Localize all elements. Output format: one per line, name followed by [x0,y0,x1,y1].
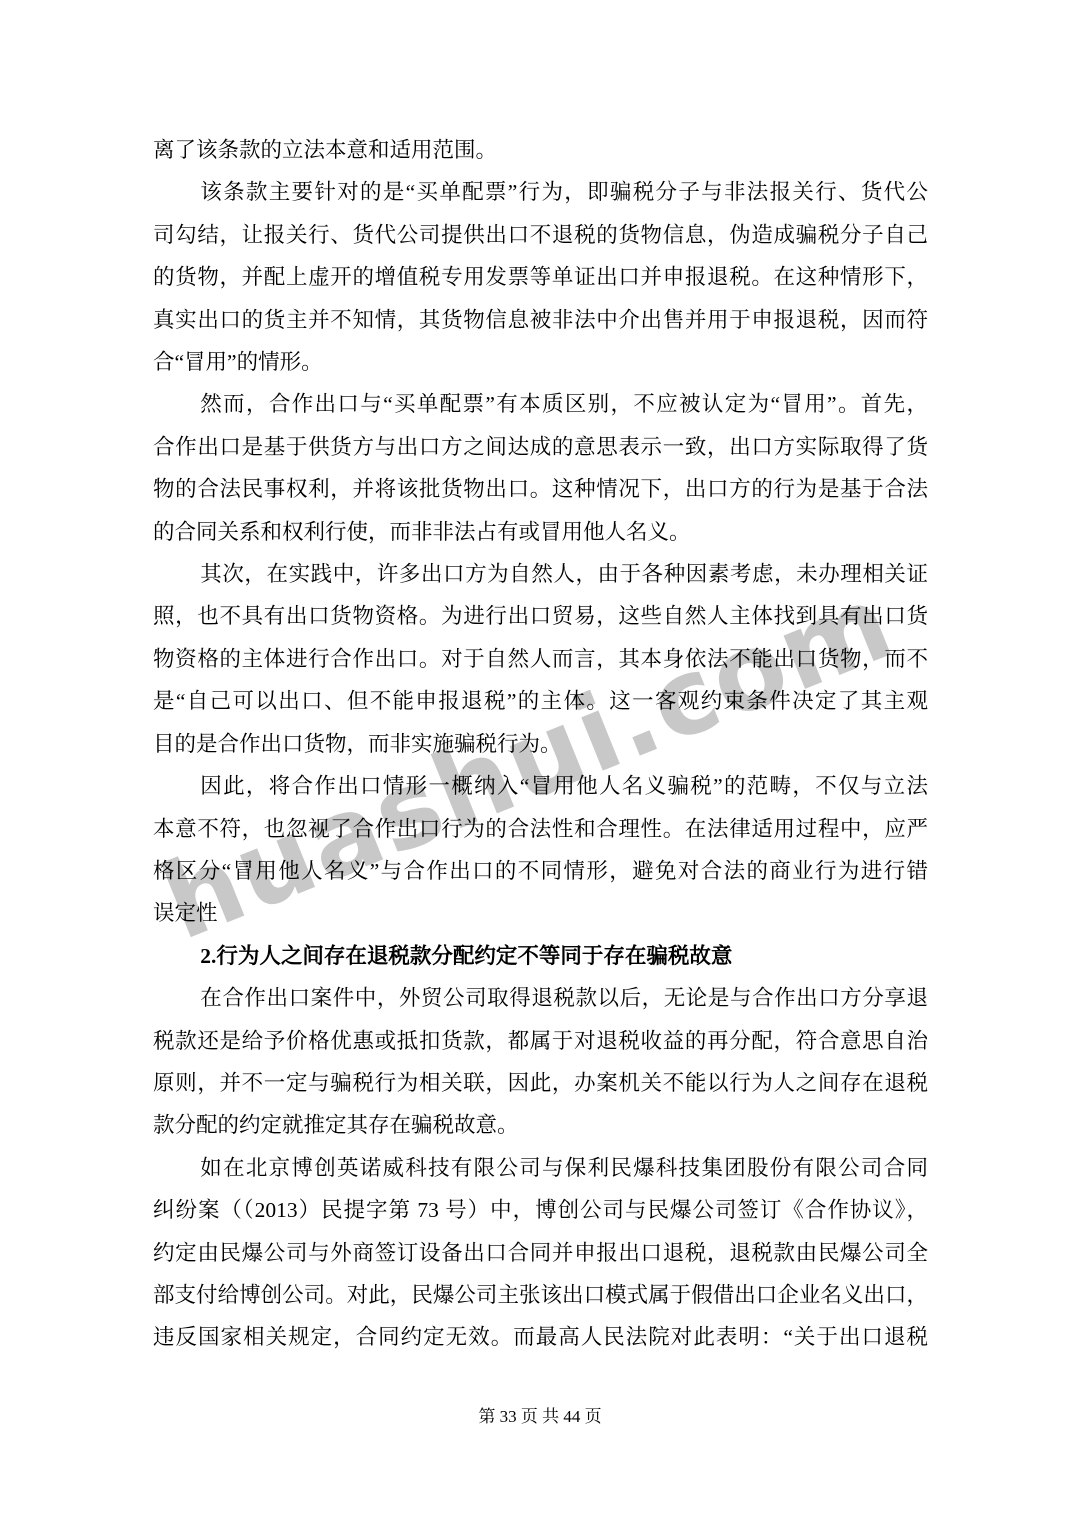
text-line: 误定性 [153,892,928,934]
text-line: 因此，将合作出口情形一概纳入“冒用他人名义骗税”的范畴，不仅与立法 [153,765,928,807]
text-line: 部支付给博创公司。对此，民爆公司主张该出口模式属于假借出口企业名义出口， [153,1274,928,1316]
paragraph: 该条款主要针对的是“买单配票”行为，即骗税分子与非法报关行、货代公 司勾结，让报… [153,171,928,383]
page-number-footer: 第 33 页 共 44 页 [0,1406,1080,1428]
paragraph: 如在北京博创英诺威科技有限公司与保利民爆科技集团股份有限公司合同 纠纷案（（20… [153,1147,928,1359]
paragraph: 因此，将合作出口情形一概纳入“冒用他人名义骗税”的范畴，不仅与立法 本意不符，也… [153,765,928,935]
text-line: 违反国家相关规定，合同约定无效。而最高人民法院对此表明：“关于出口退税 [153,1316,928,1358]
text-line: 的货物，并配上虚开的增值税专用发票等单证出口并申报退税。在这种情形下， [153,256,928,298]
text-line: 合作出口是基于供货方与出口方之间达成的意思表示一致，出口方实际取得了货 [153,426,928,468]
text-line: 照，也不具有出口货物资格。为进行出口贸易，这些自然人主体找到具有出口货 [153,595,928,637]
text-line: 然而，合作出口与“买单配票”有本质区别，不应被认定为“冒用”。首先， [153,383,928,425]
heading-text: 2.行为人之间存在退税款分配约定不等同于存在骗税故意 [153,935,928,977]
text-line: 如在北京博创英诺威科技有限公司与保利民爆科技集团股份有限公司合同 [153,1147,928,1189]
text-line: 司勾结，让报关行、货代公司提供出口不退税的货物信息，伪造成骗税分子自己 [153,214,928,256]
text-line: 该条款主要针对的是“买单配票”行为，即骗税分子与非法报关行、货代公 [153,171,928,213]
paragraph-continuation: 离了该条款的立法本意和适用范围。 [153,129,928,171]
text-line: 是“自己可以出口、但不能申报退税”的主体。这一客观约束条件决定了其主观 [153,680,928,722]
paragraph: 其次，在实践中，许多出口方为自然人，由于各种因素考虑，未办理相关证 照，也不具有… [153,553,928,765]
text-line: 原则，并不一定与骗税行为相关联，因此，办案机关不能以行为人之间存在退税 [153,1062,928,1104]
document-body: 离了该条款的立法本意和适用范围。 该条款主要针对的是“买单配票”行为，即骗税分子… [153,129,928,1359]
document-page: huashui.com 离了该条款的立法本意和适用范围。 该条款主要针对的是“买… [0,0,1080,1529]
text-line: 约定由民爆公司与外商签订设备出口合同并申报出口退税，退税款由民爆公司全 [153,1232,928,1274]
text-line: 款分配的约定就推定其存在骗税故意。 [153,1104,928,1146]
text-line: 其次，在实践中，许多出口方为自然人，由于各种因素考虑，未办理相关证 [153,553,928,595]
text-line: 离了该条款的立法本意和适用范围。 [153,129,928,171]
text-line: 物资格的主体进行合作出口。对于自然人而言，其本身依法不能出口货物，而不 [153,638,928,680]
text-line: 物的合法民事权利，并将该批货物出口。这种情况下，出口方的行为是基于合法 [153,468,928,510]
text-line: 在合作出口案件中，外贸公司取得退税款以后，无论是与合作出口方分享退 [153,977,928,1019]
paragraph: 在合作出口案件中，外贸公司取得退税款以后，无论是与合作出口方分享退 税款还是给予… [153,977,928,1147]
text-line: 本意不符，也忽视了合作出口行为的合法性和合理性。在法律适用过程中，应严 [153,808,928,850]
text-line: 合“冒用”的情形。 [153,341,928,383]
text-line: 的合同关系和权利行使，而非非法占有或冒用他人名义。 [153,511,928,553]
paragraph: 然而，合作出口与“买单配票”有本质区别，不应被认定为“冒用”。首先， 合作出口是… [153,383,928,553]
text-line: 税款还是给予价格优惠或抵扣货款，都属于对退税收益的再分配，符合意思自治 [153,1020,928,1062]
section-heading: 2.行为人之间存在退税款分配约定不等同于存在骗税故意 [153,935,928,977]
text-line: 真实出口的货主并不知情，其货物信息被非法中介出售并用于申报退税，因而符 [153,299,928,341]
text-line: 格区分“冒用他人名义”与合作出口的不同情形，避免对合法的商业行为进行错 [153,850,928,892]
text-line: 目的是合作出口货物，而非实施骗税行为。 [153,723,928,765]
text-line: 纠纷案（（2013）民提字第 73 号）中，博创公司与民爆公司签订《合作协议》， [153,1189,928,1231]
